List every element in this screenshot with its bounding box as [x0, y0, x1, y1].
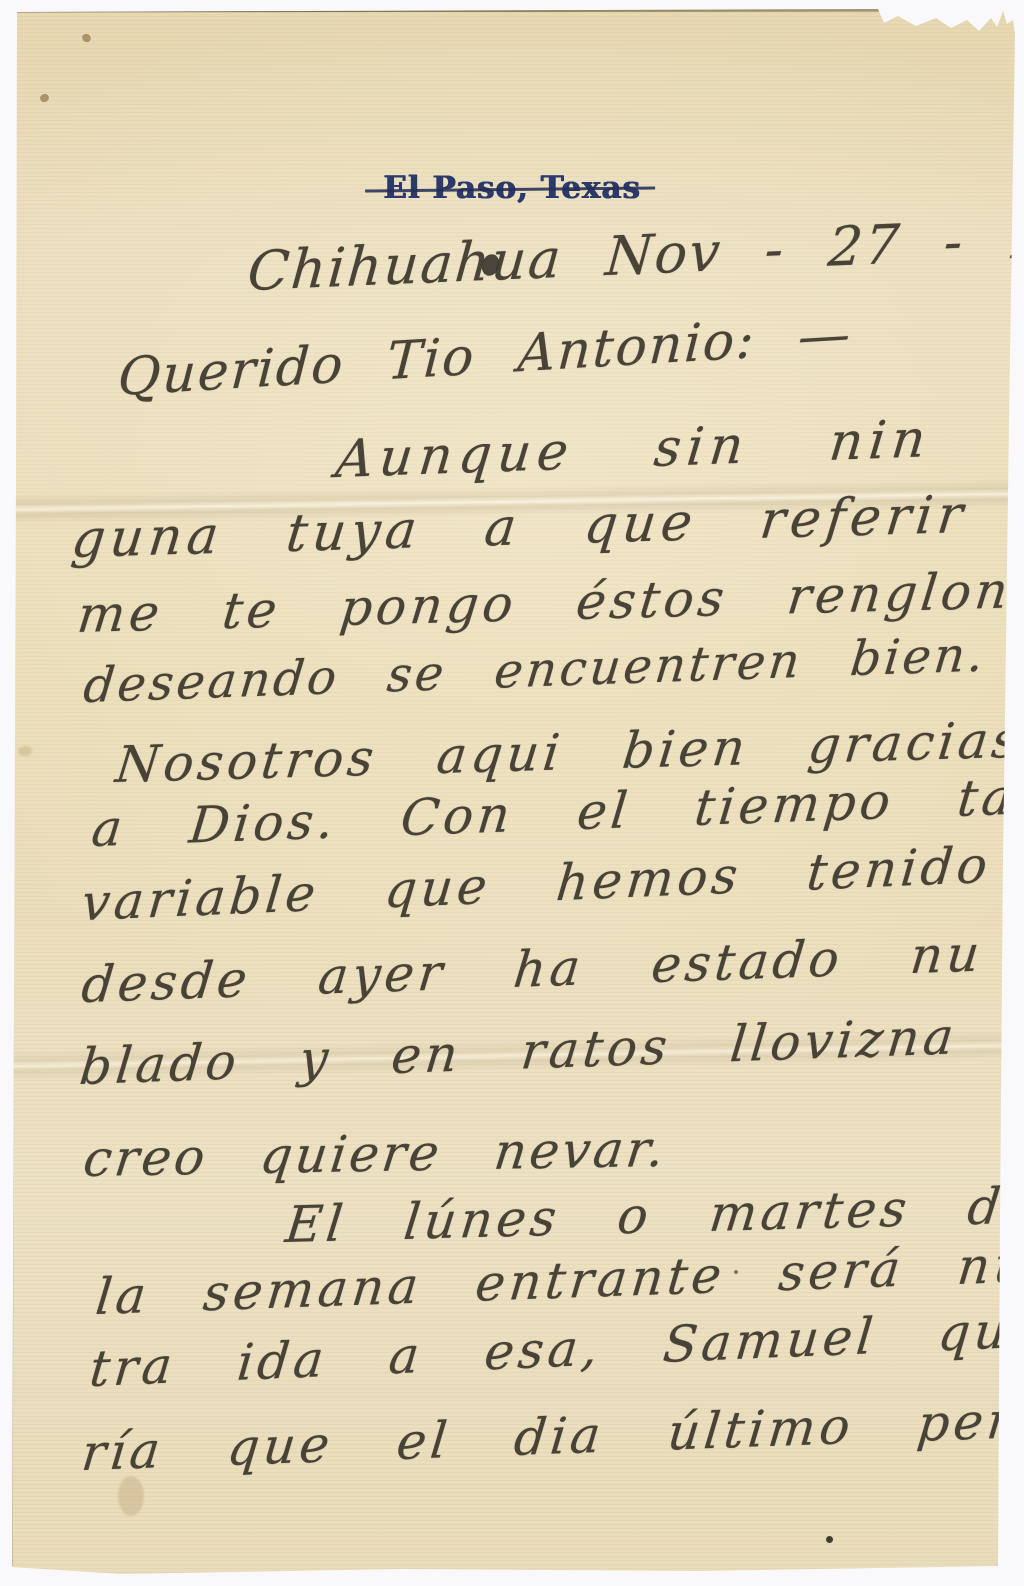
- stain-smudge: [118, 1476, 144, 1516]
- stain-speck: [81, 32, 93, 43]
- dateline: Chihuahua Nov - 27 - 1919.: [245, 201, 1024, 303]
- body-line-1: Aunque sin nin —: [333, 404, 1024, 490]
- letterhead: El Paso, Texas: [383, 170, 641, 206]
- letter-paper: El Paso, Texas Chihuahua Nov - 27 - 1919…: [0, 0, 1024, 1586]
- stain-speck: [39, 93, 50, 104]
- body-line-9: blado y en ratos llovizna y: [77, 1004, 1024, 1096]
- paper-left-edge: [11, 10, 16, 1566]
- stain-speck: [18, 746, 32, 756]
- stray-ink-dot: [826, 1536, 833, 1543]
- scan-background: El Paso, Texas Chihuahua Nov - 27 - 1919…: [0, 0, 1024, 1586]
- stray-ink-dot: [734, 1270, 738, 1274]
- body-line-8: desde ayer ha estado nu —: [79, 920, 1024, 1014]
- body-line-14: ría que el dia último pero: [79, 1390, 1024, 1482]
- body-line-2: guna tuya a que referir —: [69, 482, 1024, 571]
- paper-top-edge: [14, 9, 880, 13]
- body-line-10: creo quiere nevar.: [80, 1120, 670, 1188]
- salutation-line: Querido Tio Antonio: —: [116, 304, 854, 408]
